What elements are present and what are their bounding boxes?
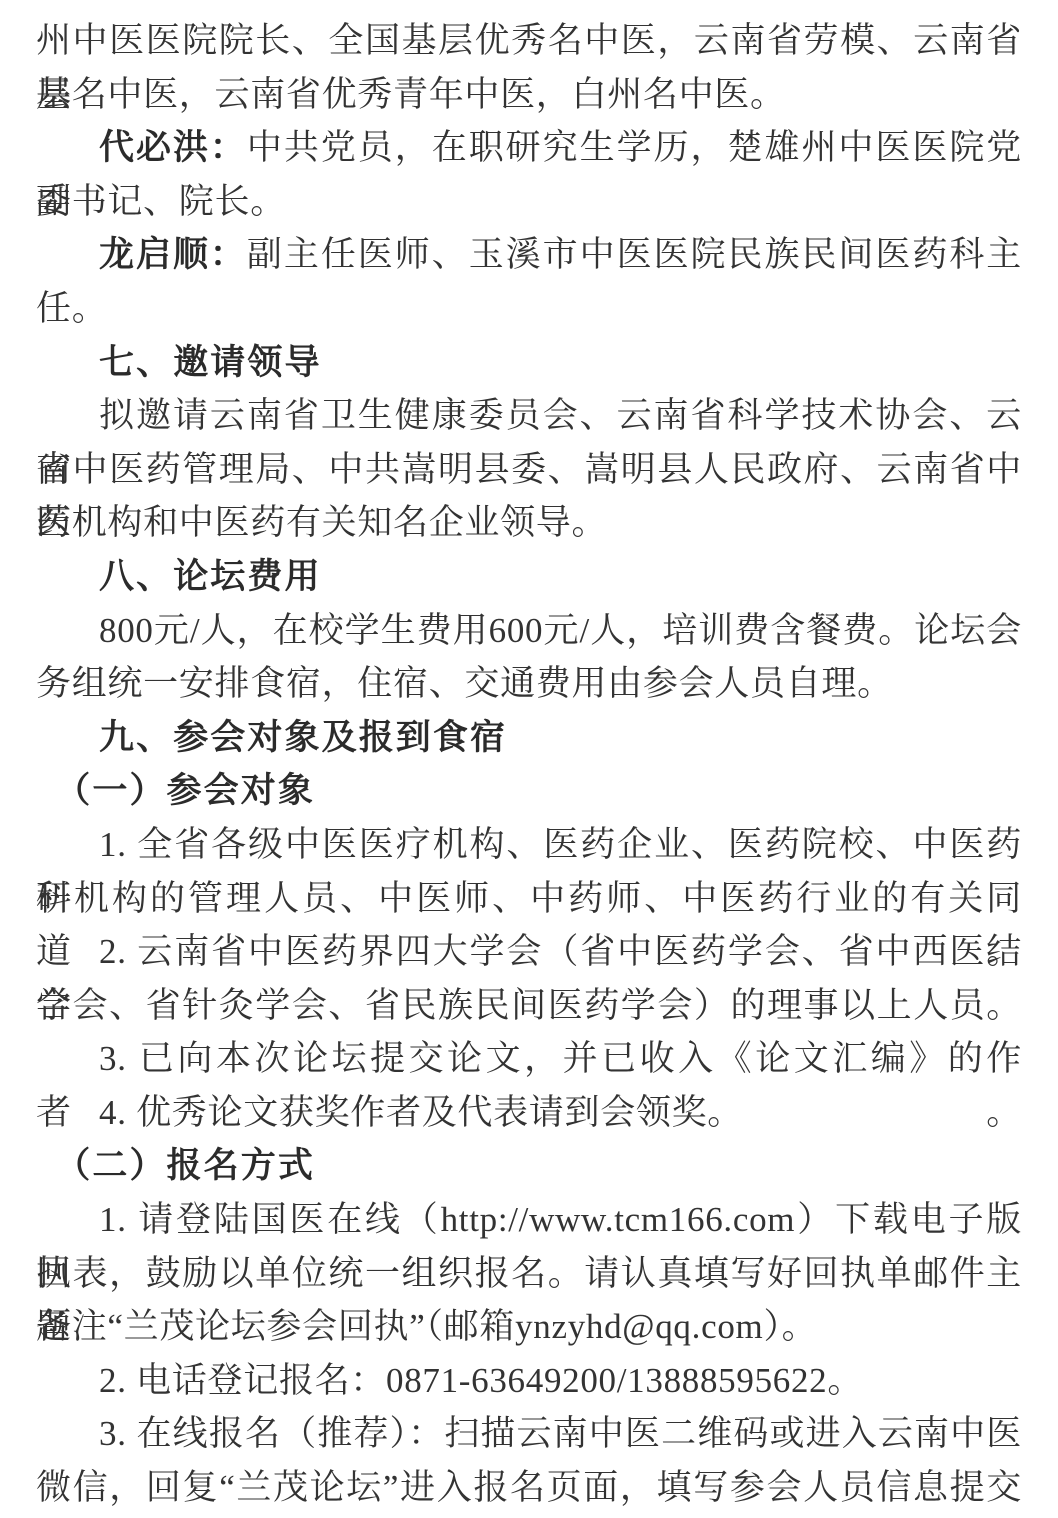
emphasized-text-segment: （一）参会对象 — [55, 771, 315, 810]
text-segment: 务组统一安排食宿，住宿、交通费用由参会人员自理。 — [36, 664, 893, 703]
text-segment: 微信，回复“兰茂论坛”进入报名页面，填写参会人员信息提交 — [36, 1468, 1022, 1507]
text-line: 微信，回复“兰茂论坛”进入报名页面，填写参会人员信息提交 — [36, 1461, 1022, 1515]
text-segment: 药机构和中医药有关知名企业领导。 — [36, 503, 607, 542]
text-segment: 2. 电话登记报名：0871-63649200/13888595622。 — [99, 1361, 863, 1400]
text-segment: 任。 — [36, 289, 107, 328]
section-heading-line: （一）参会对象 — [36, 764, 1022, 818]
emphasized-text-segment: 九、参会对象及报到食宿 — [99, 718, 507, 757]
text-line: 拟邀请云南省卫生健康委员会、云南省科学技术协会、云南 — [36, 389, 1022, 443]
text-line: 代必洪：中共党员，在职研究生学历，楚雄州中医医院党委 — [36, 121, 1022, 175]
text-line: 学会、省针灸学会、省民族民间医药学会）的理事以上人员。 — [36, 979, 1022, 1033]
emphasized-text-segment: 七、邀请领导 — [99, 343, 322, 382]
section-heading-line: （二）报名方式 — [36, 1139, 1022, 1193]
text-line: 3. 在线报名（推荐）：扫描云南中医二维码或进入云南中医 — [36, 1407, 1022, 1461]
text-line: 执表，鼓励以单位统一组织报名。请认真填写好回执单邮件主题 — [36, 1247, 1022, 1301]
text-line: 1. 全省各级中医医疗机构、医药企业、医药院校、中医药科 — [36, 818, 1022, 872]
text-segment: 副书记、院长。 — [36, 182, 286, 221]
text-line: 2. 云南省中医药界四大学会（省中医药学会、省中西医结合 — [36, 925, 1022, 979]
text-line: 800元/人，在校学生费用600元/人，培训费含餐费。论坛会 — [36, 604, 1022, 658]
text-line: 务组统一安排食宿，住宿、交通费用由参会人员自理。 — [36, 657, 1022, 711]
text-line: 任。 — [36, 282, 1022, 336]
text-line: 层名中医，云南省优秀青年中医，白州名中医。 — [36, 68, 1022, 122]
text-line: 药机构和中医药有关知名企业领导。 — [36, 496, 1022, 550]
text-segment: 副主任医师、玉溪市中医医院民族民间医药科主 — [247, 235, 1022, 274]
text-line: 备注“兰茂论坛参会回执”（邮箱ynzyhd@qq.com）。 — [36, 1300, 1022, 1354]
text-segment: 学会、省针灸学会、省民族民间医药学会）的理事以上人员。 — [36, 986, 1022, 1025]
emphasized-text-segment: （二）报名方式 — [55, 1146, 315, 1185]
emphasized-text-segment: 龙启顺： — [99, 235, 247, 274]
text-line: 副书记、院长。 — [36, 175, 1022, 229]
text-line: 1. 请登陆国医在线（http://www.tcm166.com）下载电子版回 — [36, 1193, 1022, 1247]
text-line: 研机构的管理人员、中医师、中药师、中医药行业的有关同道。 — [36, 872, 1022, 926]
document-page: 州中医医院院长、全国基层优秀名中医，云南省劳模、云南省基层名中医，云南省优秀青年… — [0, 0, 1058, 1518]
section-heading-line: 七、邀请领导 — [36, 336, 1022, 390]
text-line: 3. 已向本次论坛提交论文，并已收入《论文汇编》的作者。 — [36, 1032, 1022, 1086]
text-segment: 备注“兰茂论坛参会回执”（邮箱ynzyhd@qq.com）。 — [36, 1307, 817, 1346]
section-heading-line: 九、参会对象及报到食宿 — [36, 711, 1022, 765]
text-line: 2. 电话登记报名：0871-63649200/13888595622。 — [36, 1354, 1022, 1408]
text-line: 州中医医院院长、全国基层优秀名中医，云南省劳模、云南省基 — [36, 14, 1022, 68]
text-line: 省中医药管理局、中共嵩明县委、嵩明县人民政府、云南省中医 — [36, 443, 1022, 497]
text-segment: 3. 在线报名（推荐）：扫描云南中医二维码或进入云南中医 — [99, 1414, 1022, 1453]
text-segment: 层名中医，云南省优秀青年中医，白州名中医。 — [36, 75, 786, 114]
section-heading-line: 八、论坛费用 — [36, 550, 1022, 604]
emphasized-text-segment: 八、论坛费用 — [99, 557, 322, 596]
emphasized-text-segment: 代必洪： — [99, 128, 247, 167]
text-line: 龙启顺：副主任医师、玉溪市中医医院民族民间医药科主 — [36, 228, 1022, 282]
text-segment: 800元/人，在校学生费用600元/人，培训费含餐费。论坛会 — [99, 611, 1022, 650]
text-segment: 4. 优秀论文获奖作者及代表请到会领奖。 — [99, 1093, 743, 1132]
